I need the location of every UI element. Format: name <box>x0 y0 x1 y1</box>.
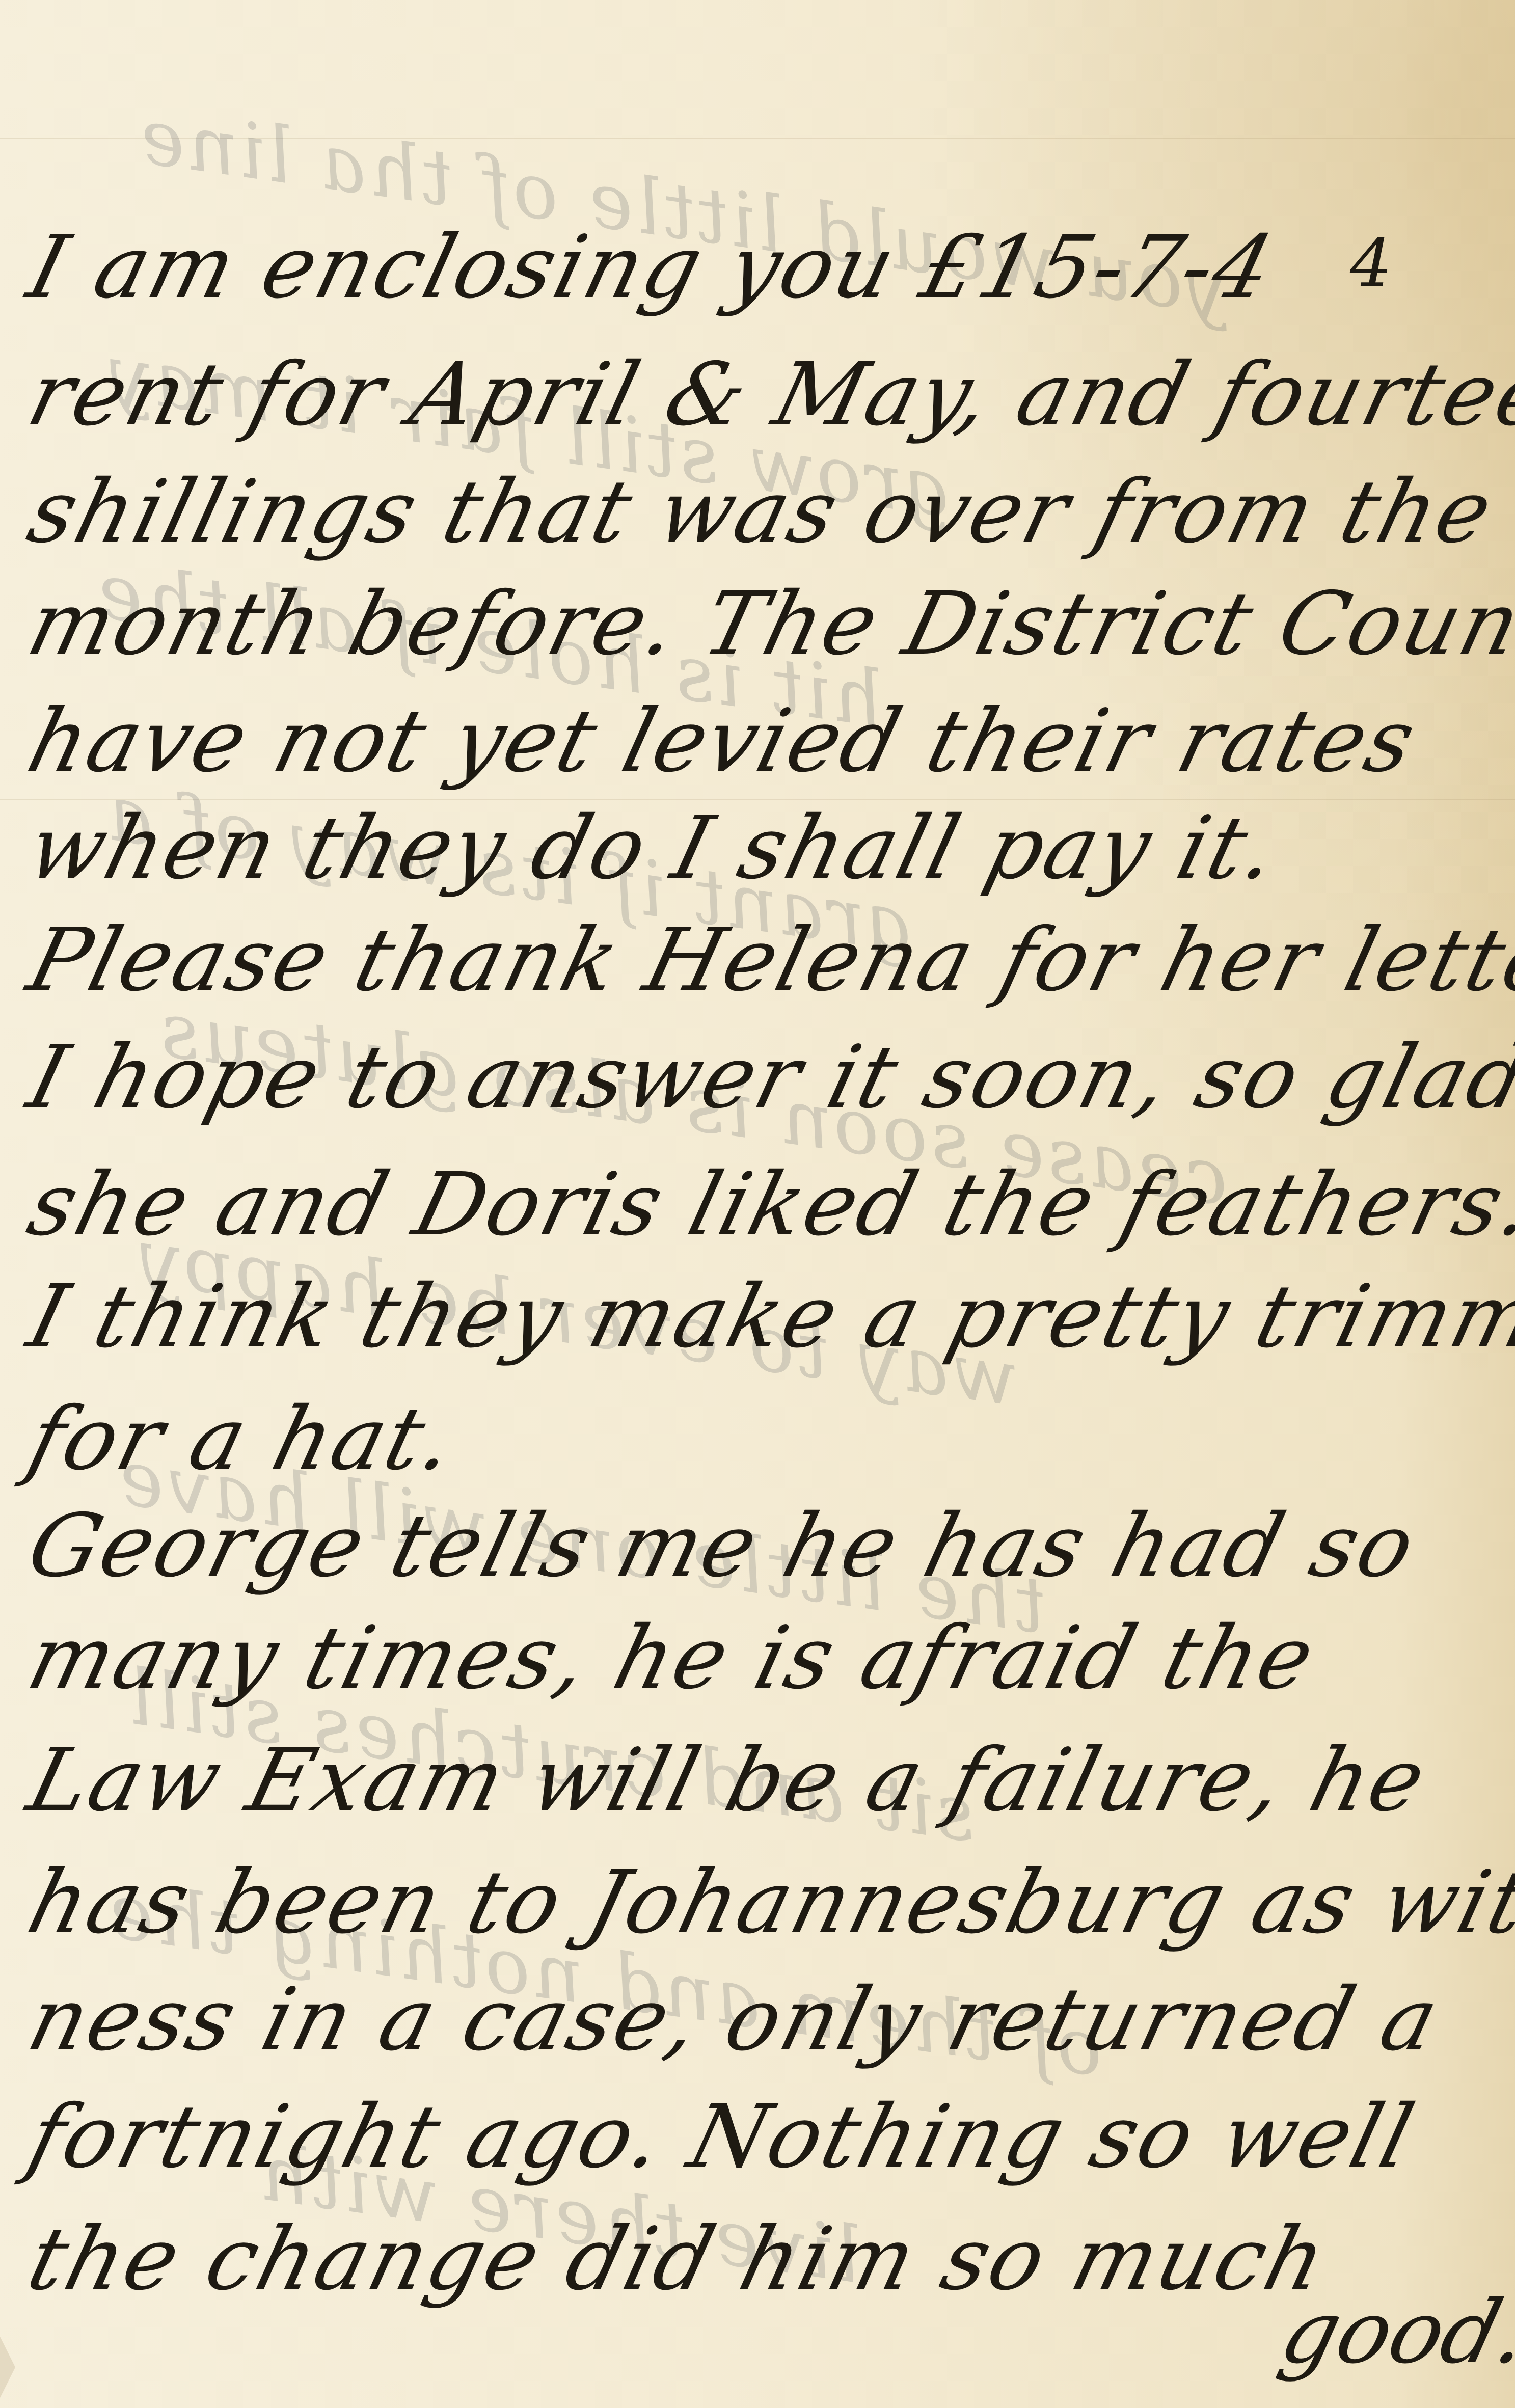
page-number: 4 <box>1350 224 1392 302</box>
letter-line: fortnight ago. Nothing so well <box>20 2094 1423 2180</box>
letter-line: I think they make a pretty trimming <box>20 1274 1515 1360</box>
letter-line: Please thank Helena for her letter <box>20 917 1515 1004</box>
letter-line: have not yet levied their rates <box>20 698 1425 784</box>
letter-line: she and Doris liked the feathers. <box>20 1161 1515 1248</box>
letter-line: Law Exam will be a failure, he <box>20 1737 1435 1824</box>
letter-line: month before. The District Council <box>20 581 1515 667</box>
ruled-line <box>0 138 1515 139</box>
letter-line: shillings that was over from the <box>20 469 1502 555</box>
letter-line: many times, he is afraid the <box>20 1615 1324 1701</box>
letter-line: I hope to answer it soon, so glad <box>20 1034 1515 1121</box>
letter-line: George tells me he has had so <box>20 1503 1424 1589</box>
letter-line: when they do I shall pay it. <box>20 805 1287 891</box>
letter-line: I am enclosing you £15-7-4 <box>20 224 1283 311</box>
torn-corner <box>0 2337 15 2398</box>
letter-line: the change did him so much <box>20 2216 1336 2303</box>
letter-line: rent for April & May, and fourteen <box>20 351 1515 438</box>
letter-line: has been to Johannesburg as wit- <box>20 1859 1515 1946</box>
letter-page: you would little of tha line grow still … <box>0 0 1515 2408</box>
letter-line: ness in a case, only returned a <box>20 1977 1448 2063</box>
closing-word: good. <box>1271 2282 1515 2383</box>
letter-line: for a hat. <box>20 1396 465 1482</box>
